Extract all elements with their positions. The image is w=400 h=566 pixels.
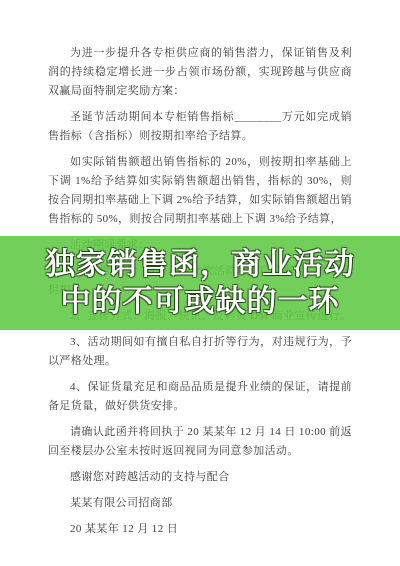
doc-paragraph: 圣诞节活动期间本专柜销售指标________万元如完成销售指标（含指标）则按期扣… [48, 108, 352, 146]
doc-paragraph: 4、保证货量充足和商品品质是提升业绩的保证，请提前备足货量，做好供货安排。 [48, 378, 352, 416]
title-banner-overlay: 独家销售函，商业活动 中的不可或缺的一环 [0, 236, 400, 330]
document-page: 为进一步提升各专柜供应商的销售潜力，保证销售及利润的持续稳定增长进一步占领市场份… [0, 0, 400, 566]
doc-paragraph: 某某有限公司招商部 [48, 494, 352, 513]
banner-title-line-2: 中的不可或缺的一环 [61, 283, 340, 320]
doc-paragraph: 请确认此函并将回执于 20 某某年 12 月 14 日 10:00 前返回至楼层… [48, 423, 352, 461]
banner-title-line-1: 独家销售函，商业活动 [45, 246, 355, 283]
doc-paragraph: 感谢您对跨越活动的支持与配合 [48, 468, 352, 487]
doc-paragraph: 如实际销售额超出销售指标的 20%，则按期扣率基础上下调 1%给予结算如实际销售… [48, 153, 352, 229]
doc-paragraph: 为进一步提升各专柜供应商的销售潜力，保证销售及利润的持续稳定增长进一步占领市场份… [48, 44, 352, 101]
doc-paragraph: 3、活动期间如有擅自私自打折等行为，对违规行为，予以严格处理。 [48, 333, 352, 371]
doc-paragraph: 20 某某年 12 月 12 日 [48, 520, 352, 539]
